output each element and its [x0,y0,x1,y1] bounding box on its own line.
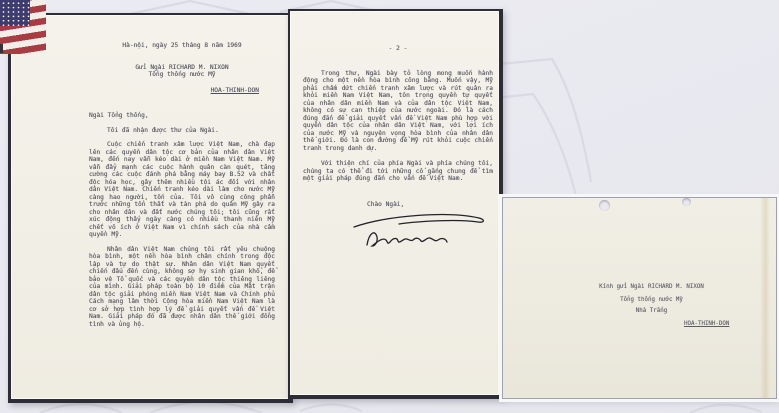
envelope-white-house-line: Nhà Trắng [515,308,779,315]
salutation: Ngài Tổng thống, [89,112,275,120]
scanned-letter-display: Hà-nội, ngày 25 tháng 8 năm 1969 Gửi Ngà… [0,0,779,413]
paragraph-4: Với thiện chí của phía Ngài và phía chún… [303,160,493,183]
paragraph-2: Nhân dân Việt Nam chúng tôi rất yêu chuộ… [89,246,275,329]
page-number: - 2 - [303,45,493,53]
us-flag-canton [0,0,30,26]
dateline: Hà-nội, ngày 25 tháng 8 năm 1969 [89,42,275,50]
us-flag [0,0,46,54]
letter-page-1: Hà-nội, ngày 25 tháng 8 năm 1969 Gửi Ngà… [8,13,293,403]
letter-page-2: - 2 - Trong thư, Ngài bày tỏ lòng mong m… [288,9,503,399]
envelope-reference-washington: HOA-THINH-DON [684,321,729,328]
recipient-name: Gửi Ngài RICHARD M. NIXON [89,64,275,72]
closing-salutation: Chào Ngài, [303,201,493,209]
us-flag-pole [0,44,3,53]
ho-chi-minh-signature [339,209,489,253]
paragraph-3: Trong thư, Ngài bày tỏ lòng mong muốn hà… [303,70,493,153]
punch-hole [599,200,610,211]
envelope: Kính gửi Ngài RICHARD M. NIXON Tổng thốn… [502,197,777,399]
reference-washington: HOA-THINH-DON [89,87,275,95]
envelope-recipient-title: Tổng thống nước Mỹ [515,297,779,304]
envelope-recipient-name: Kính gửi Ngài RICHARD M. NIXON [515,284,779,291]
paragraph-1: Cuộc chiến tranh xâm lược Việt Nam, chà … [89,141,275,239]
punch-hole [682,198,691,206]
opening-line: Tôi đã nhận được thư của Ngài. [89,127,275,135]
letter-page-1-text: Hà-nội, ngày 25 tháng 8 năm 1969 Gửi Ngà… [89,42,275,328]
letter-page-2-text: - 2 - Trong thư, Ngài bày tỏ lòng mong m… [303,45,493,253]
recipient-title: Tổng thống nước Mỹ [89,71,275,79]
